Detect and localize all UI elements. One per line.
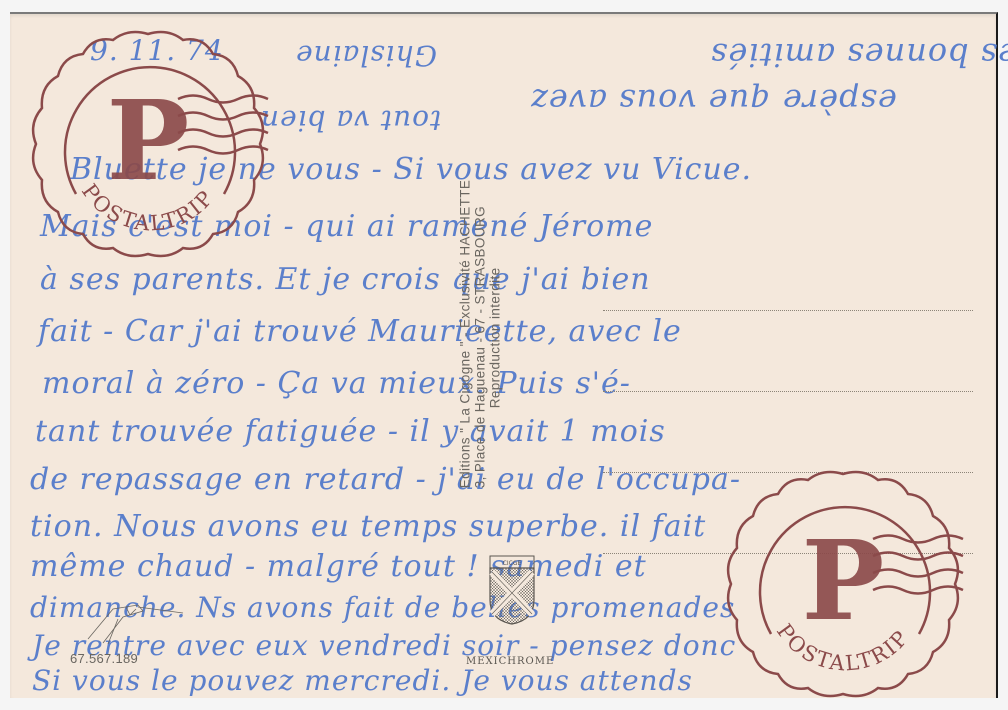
publisher-line-2: 3, Place de Haguenau - 67 - STRASBOURG: [473, 180, 488, 489]
address-line-2: [603, 391, 973, 392]
handwriting-upside-line: espère que vous avez: [530, 82, 897, 120]
publisher-line-3: Reproduction interdite: [488, 180, 503, 489]
handwriting-line-12: Si vous le pouvez mercredi. Je vous atte…: [32, 664, 693, 697]
postcard-back: mes bonnes amitiés espère que vous avez …: [10, 12, 998, 698]
handwriting-signature: Ghislaine: [295, 39, 437, 72]
handwriting-line-5: moral à zéro - Ça va mieux. Puis s'é-: [42, 366, 631, 401]
handwriting-line-3: à ses parents. Et je crois que j'ai bien: [40, 262, 651, 297]
handwriting-line-9: même chaud - malgré tout ! samedi et: [30, 549, 647, 584]
handwriting-line-7: de repassage en retard - j'ai eu de l'oc…: [30, 462, 741, 497]
printer-logo-name: MEXICHROME: [466, 656, 554, 667]
address-line-1: [603, 310, 973, 311]
shield-logo-icon: CICGE: [488, 554, 536, 626]
publisher-line-1: Editions " La Cigogne " - Exclusivité HA…: [458, 180, 473, 489]
watermark-letter: P: [802, 516, 885, 645]
watermark-letter: P: [107, 76, 190, 205]
handwriting-line-4: fait - Car j'ai trouvé Maurieette, avec …: [38, 314, 682, 349]
shield-top-text: CICGE: [503, 560, 522, 567]
stork-sketch-icon: [78, 599, 188, 649]
handwriting-line-8: tion. Nous avons eu temps superbe. il fa…: [30, 509, 706, 544]
postaltrip-watermark-bottom: P POSTALTRIP: [723, 464, 983, 704]
handwriting-line-6: tant trouvée fatiguée - il y avait 1 moi…: [35, 414, 666, 449]
reference-number: 67.567.189: [70, 651, 138, 666]
handwriting-upside-closing: mes bonnes amitiés: [710, 36, 1008, 74]
postaltrip-watermark-top: P POSTALTRIP: [28, 24, 288, 264]
publisher-imprint: Editions " La Cigogne " - Exclusivité HA…: [458, 180, 503, 489]
